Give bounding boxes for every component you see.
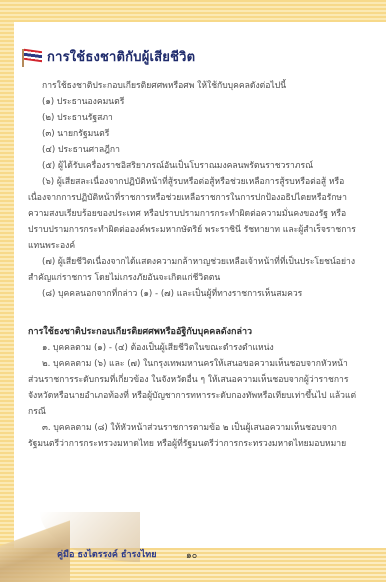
page-number: ๑๐ [186, 548, 197, 562]
list-item: (๒) ประธานรัฐสภา [28, 110, 358, 126]
list-item: (๑) ประธานองคมนตรี [28, 94, 358, 110]
thai-flag-icon [22, 49, 42, 65]
document-body: การใช้ธงชาติประกอบเกียรติยศศพหรือศพ ให้ใ… [28, 78, 358, 452]
list-item: (๕) ผู้ได้รับเครื่องราชอิสริยาภรณ์อันเป็… [28, 158, 358, 174]
list-item: (๓) นายกรัฐมนตรี [28, 126, 358, 142]
section2-title: การใช้ธงชาติประกอบเกียรติยศศพหรืออัฐิกับ… [28, 324, 358, 340]
page-header: การใช้ธงชาติกับผู้เสียชีวิต [22, 46, 195, 67]
page-title: การใช้ธงชาติกับผู้เสียชีวิต [47, 46, 195, 67]
numbered-item: ๑. บุคคลตาม (๑) - (๔) ต้องเป็นผู้เสียชีว… [28, 340, 358, 356]
list-item: (๘) บุคคลนอกจากที่กล่าว (๑) - (๗) และเป็… [28, 286, 358, 302]
numbered-item: ๒. บุคคลตาม (๖) และ (๗) ในกรุงเทพมหานครใ… [28, 356, 358, 420]
list-item: (๗) ผู้เสียชีวิตเนื่องจากได้แสดงความกล้า… [28, 254, 358, 286]
list-item: (๔) ประธานศาลฎีกา [28, 142, 358, 158]
footer-book-title: คู่มือ ธงไตรรงค์ ธำรงไทย [57, 547, 156, 561]
numbered-item: ๓. บุคคลตาม (๘) ให้หัวหน้าส่วนราชการตามข… [28, 420, 358, 452]
list-item: (๖) ผู้เสียสละเนื่องจากปฏิบัติหน้าที่สู้… [28, 174, 358, 254]
section1-intro: การใช้ธงชาติประกอบเกียรติยศศพหรือศพ ให้ใ… [28, 78, 358, 94]
